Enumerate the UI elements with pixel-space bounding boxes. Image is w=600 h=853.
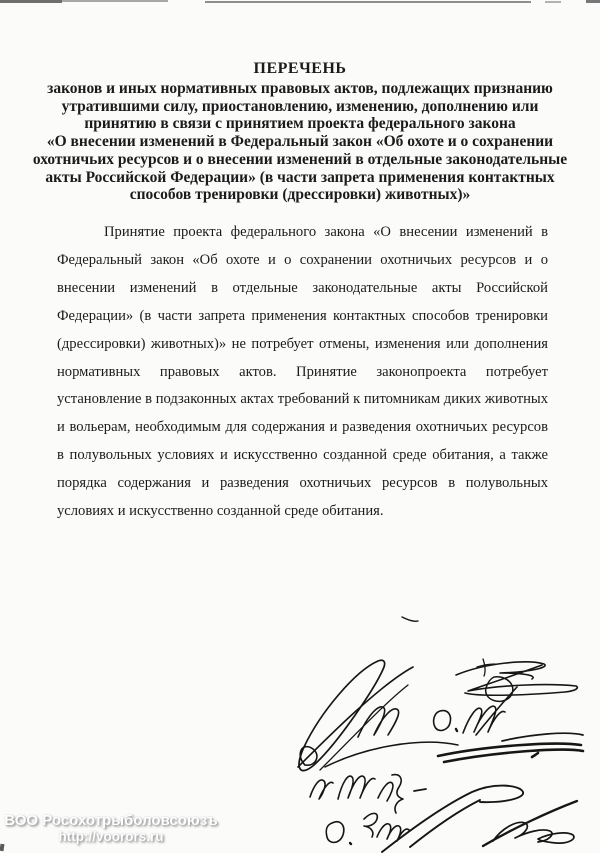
watermark-org-name: ВОО Росохотрыболовсоюзъ [4,812,218,829]
document-heading: ПЕРЕЧЕНЬ законов и иных нормативных прав… [30,58,570,204]
signature-6 [483,801,577,846]
watermark-url: http://voorors.ru [4,829,218,844]
scanned-document-page: ПЕРЕЧЕНЬ законов и иных нормативных прав… [0,0,600,853]
scan-edge-artifact [62,0,168,2]
scan-edge-artifact [545,1,561,3]
body-paragraph: Принятие проекта федерального закона «О … [57,219,548,526]
signature-2 [456,659,577,701]
pen-mark [402,617,418,621]
scan-edge-artifact [205,1,531,3]
scan-edge-artifact [0,0,62,3]
scan-edge-artifact [0,844,4,851]
document-subtitle: законов и иных нормативных правовых акто… [30,80,570,204]
scan-edge-artifact [586,0,600,3]
signatures-image [280,615,600,853]
watermark: ВОО Росохотрыболовсоюзъ http://voorors.r… [4,812,218,844]
document-title: ПЕРЕЧЕНЬ [30,58,570,80]
signature-5 [326,786,523,852]
signature-4 [310,775,426,813]
signature-1 [298,660,458,770]
